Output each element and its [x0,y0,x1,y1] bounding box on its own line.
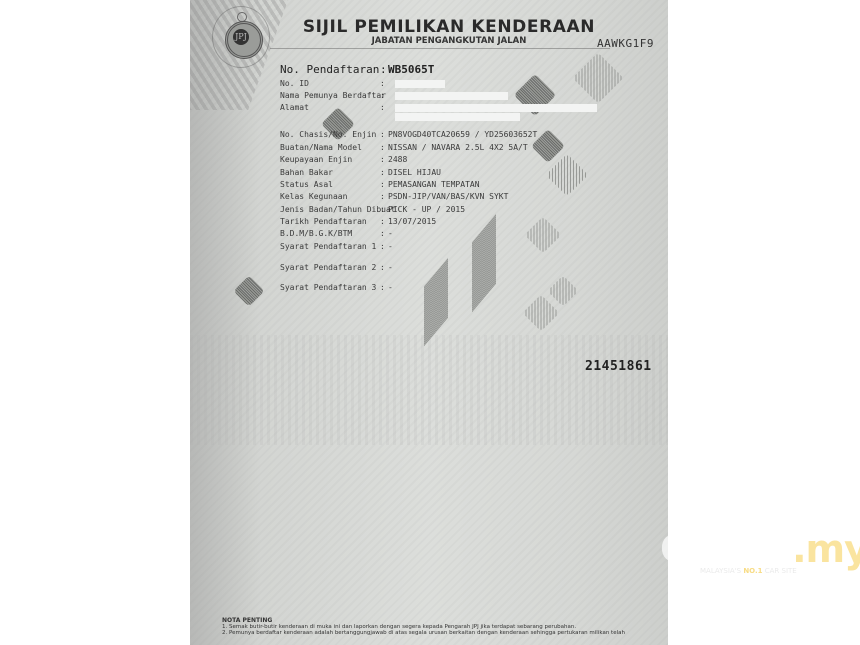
security-pattern [190,335,668,445]
redacted-address-line-2 [395,113,520,121]
redacted-id [395,80,445,88]
field-registration-number: No. Pendaftaran:WB5065T [280,63,434,76]
security-diamond [573,53,624,104]
field-label: Keupayaan Enjin [280,155,380,164]
header-divider [270,48,610,49]
watermark-tagline: MALAYSIA'S NO.1 CAR SITE [700,567,797,575]
field-label: Nama Pemunya Berdaftar [280,91,380,100]
field-fuel-type: Bahan Bakar:DISEL HIJAU [280,168,441,177]
tagline-no1: NO.1 [743,567,762,575]
field-usage-class: Kelas Kegunaan:PSDN-JIP/VAN/BAS/KVN SYKT [280,192,508,201]
field-weight: B.D.M/B.G.K/BTM:- [280,229,393,238]
field-label: B.D.M/B.G.K/BTM [280,229,380,238]
field-value: NISSAN / NAVARA 2.5L 4X2 5A/T [388,143,528,152]
security-parallelogram [472,214,496,313]
field-value: PSDN-JIP/VAN/BAS/KVN SYKT [388,192,508,201]
redacted-owner-name [395,92,508,100]
field-value: WB5065T [388,63,434,76]
field-label: No. ID [280,79,380,88]
note-item: 2. Pemunya berdaftar kenderaan adalah be… [222,630,625,636]
field-label: Jenis Badan/Tahun Dibuat [280,205,380,214]
security-diamond [523,295,560,332]
field-label: Syarat Pendaftaran 3 [280,283,380,292]
field-value: PN8VOGD40TCA20659 / YD25603652T [388,130,537,139]
field-label: Status Asal [280,180,380,189]
field-label: Tarikh Pendaftaran [280,217,380,226]
field-value: 2488 [388,155,407,164]
field-value: - [388,229,393,238]
field-body-type-year: Jenis Badan/Tahun Dibuat:PICK - UP / 201… [280,205,465,214]
field-label: Syarat Pendaftaran 2 [280,263,380,272]
security-diamond [547,275,578,306]
brand-main: Carlist [660,527,792,571]
field-value: - [388,242,393,251]
field-registration-condition-2: Syarat Pendaftaran 2:- [280,263,393,272]
field-value: DISEL HIJAU [388,168,441,177]
serial-number-top: AAWKG1F9 [597,37,654,50]
watermark-brand: Carlist.my [660,527,860,571]
field-owner-name: Nama Pemunya Berdaftar: [280,91,388,100]
tagline-left: MALAYSIA'S [700,567,741,575]
field-label: No. Pendaftaran [280,63,380,76]
security-diamond [525,217,562,254]
field-value: PEMASANGAN TEMPATAN [388,180,480,189]
field-engine-capacity: Keupayaan Enjin:2488 [280,155,407,164]
field-registration-condition-1: Syarat Pendaftaran 1:- [280,242,393,251]
field-value: - [388,263,393,272]
security-parallelogram [424,258,448,347]
security-diamond [546,154,588,196]
field-make-model: Buatan/Nama Model:NISSAN / NAVARA 2.5L 4… [280,143,528,152]
document-title: SIJIL PEMILIKAN KENDERAAN [190,17,668,37]
tagline-right: CAR SITE [765,567,797,575]
vehicle-ownership-certificate: JPJ SIJIL PEMILIKAN KENDERAAN JABATAN PE… [190,0,668,645]
field-label: Syarat Pendaftaran 1 [280,242,380,251]
redacted-address-line-1 [395,104,597,112]
field-registration-date: Tarikh Pendaftaran:13/07/2015 [280,217,436,226]
field-chassis-engine: No. Chasis/No. Enjin:PN8VOGD40TCA20659 /… [280,130,537,139]
field-address: Alamat: [280,103,388,112]
field-registration-condition-3: Syarat Pendaftaran 3:- [280,283,393,292]
field-label: Buatan/Nama Model [280,143,380,152]
field-label: No. Chasis/No. Enjin [280,130,380,139]
important-notes: NOTA PENTING 1. Semak butir-butir kender… [222,617,625,636]
field-label: Alamat [280,103,380,112]
serial-number-bottom: 21451861 [585,359,652,374]
field-value: - [388,283,393,292]
field-value: PICK - UP / 2015 [388,205,465,214]
field-label: Kelas Kegunaan [280,192,380,201]
carlist-watermark: Carlist.my MALAYSIA'S NO.1 CAR SITE [655,515,860,585]
field-label: Bahan Bakar [280,168,380,177]
field-origin-status: Status Asal:PEMASANGAN TEMPATAN [280,180,480,189]
field-value: 13/07/2015 [388,217,436,226]
field-id-number: No. ID: [280,79,388,88]
brand-suffix: .my [792,527,860,571]
notes-heading: NOTA PENTING [222,617,625,624]
